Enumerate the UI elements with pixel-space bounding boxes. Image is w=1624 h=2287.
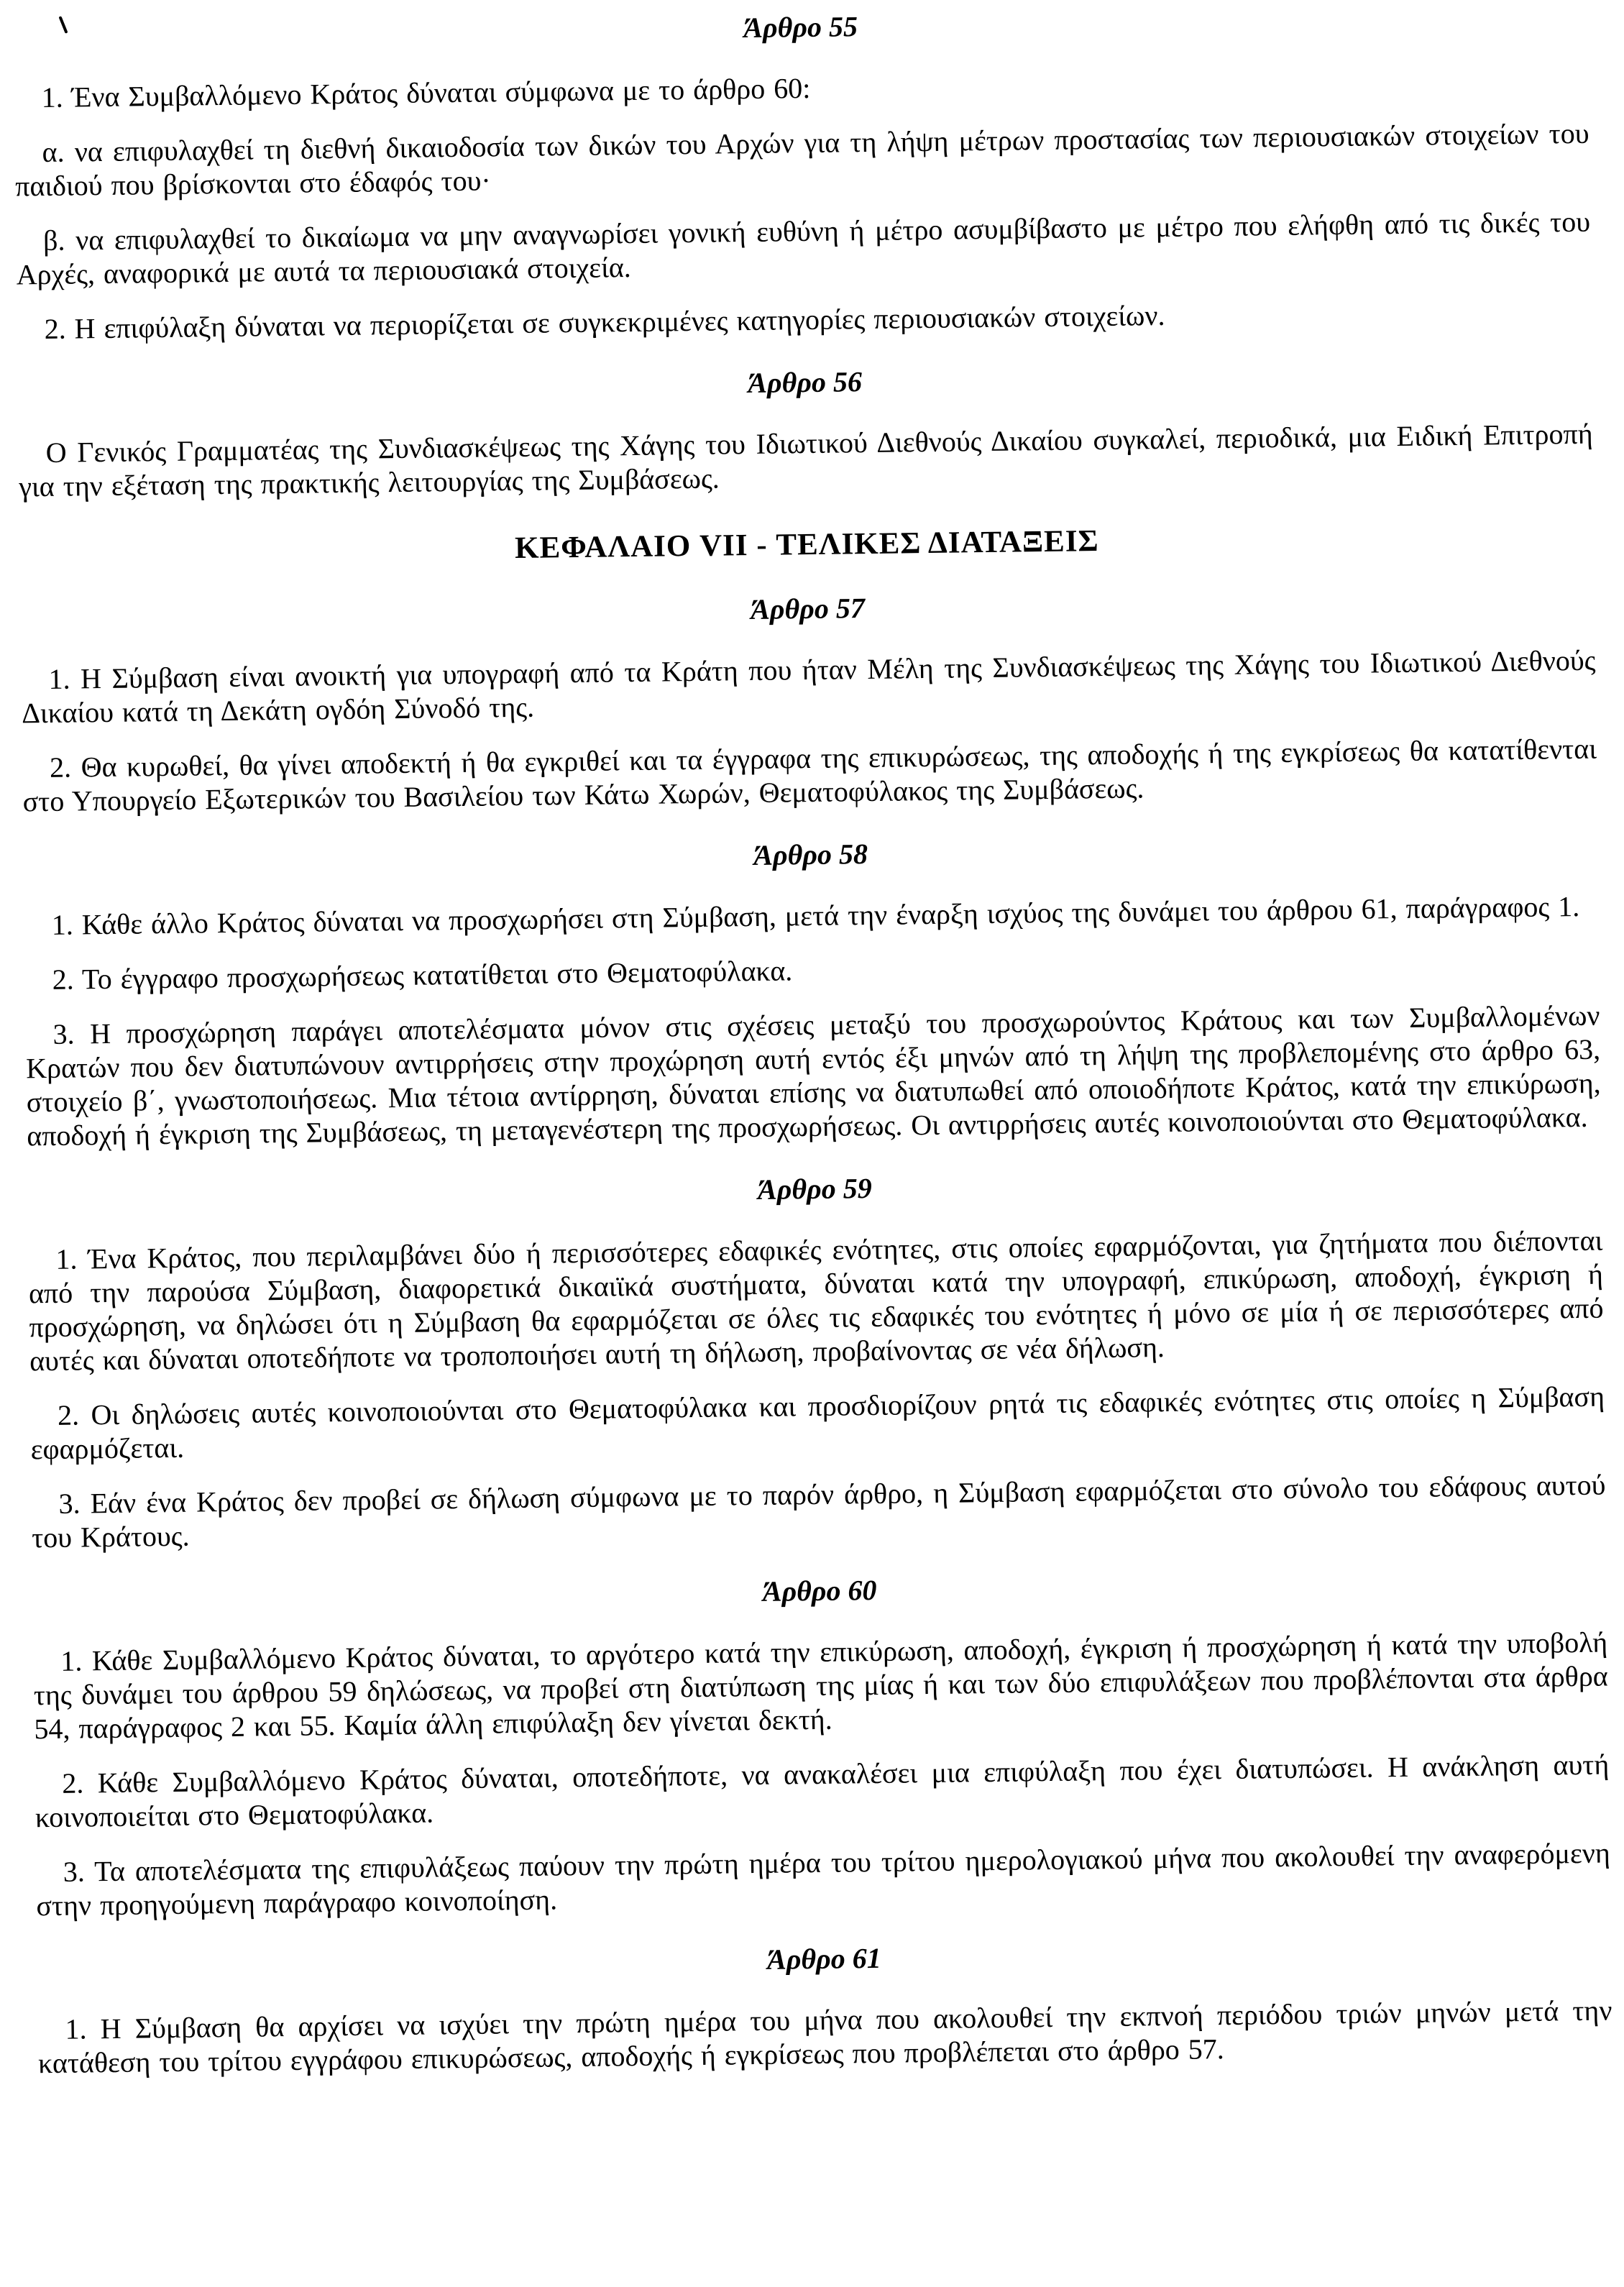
article-56-heading: Άρθρο 56 [17, 356, 1592, 409]
article-59-heading: Άρθρο 59 [27, 1163, 1602, 1216]
article-59-paragraph-3: 3. Εάν ένα Κράτος δεν προβεί σε δήλωση σ… [31, 1468, 1606, 1555]
article-61-paragraph-1: 1. Η Σύμβαση θα αρχίσει να ισχύει την πρ… [37, 1994, 1612, 2081]
article-55-paragraph-a: α. να επιφυλαχθεί τη διεθνή δικαιοδοσία … [14, 116, 1589, 203]
article-55-paragraph-1: 1. Ένα Συμβαλλόμενο Κράτος δύναται σύμφω… [14, 62, 1588, 115]
article-61-heading: Άρθρο 61 [37, 1933, 1611, 1986]
chapter-7-heading: ΚΕΦΑΛΑΙΟ VII - ΤΕΛΙΚΕΣ ΔΙΑΤΑΞΕΙΣ [19, 518, 1594, 573]
article-58-paragraph-2: 2. Το έγγραφο προσχωρήσεως κατατίθεται σ… [24, 944, 1599, 997]
article-60-paragraph-1: 1. Κάθε Συμβαλλόμενο Κράτος δύναται, το … [33, 1626, 1609, 1746]
article-57-paragraph-1: 1. Η Σύμβαση είναι ανοικτή για υπογραφή … [21, 643, 1596, 730]
article-57-paragraph-2: 2. Θα κυρωθεί, θα γίνει αποδεκτή ή θα εγ… [22, 732, 1597, 819]
article-58-paragraph-1: 1. Κάθε άλλο Κράτος δύναται να προσχωρήσ… [24, 889, 1598, 943]
article-55-paragraph-b: β. να επιφυλαχθεί το δικαίωμα να μην ανα… [16, 205, 1591, 292]
article-60-heading: Άρθρο 60 [32, 1564, 1607, 1618]
article-59-paragraph-1: 1. Ένα Κράτος, που περιλαμβάνει δύο ή πε… [28, 1224, 1604, 1378]
article-57-heading: Άρθρο 57 [20, 582, 1595, 636]
article-56-paragraph-1: Ο Γενικός Γραμματέας της Συνδιασκέψεως τ… [18, 417, 1593, 504]
article-55-paragraph-2: 2. Η επιφύλαξη δύναται να περιορίζεται σ… [17, 293, 1591, 347]
article-58-heading: Άρθρο 58 [23, 828, 1597, 881]
article-59-paragraph-2: 2. Οι δηλώσεις αυτές κοινοποιούνται στο … [30, 1380, 1605, 1467]
article-60-paragraph-3: 3. Τα αποτελέσματα της επιφυλάξεως παύου… [36, 1836, 1611, 1923]
article-55-heading: Άρθρο 55 [13, 1, 1587, 54]
article-58-paragraph-3: 3. Η προσχώρηση παράγει αποτελέσματα μόν… [25, 999, 1601, 1153]
document-page: Άρθρο 55 1. Ένα Συμβαλλόμενο Κράτος δύνα… [13, 0, 1612, 2080]
article-60-paragraph-2: 2. Κάθε Συμβαλλόμενο Κράτος δύναται, οπο… [35, 1748, 1610, 1835]
